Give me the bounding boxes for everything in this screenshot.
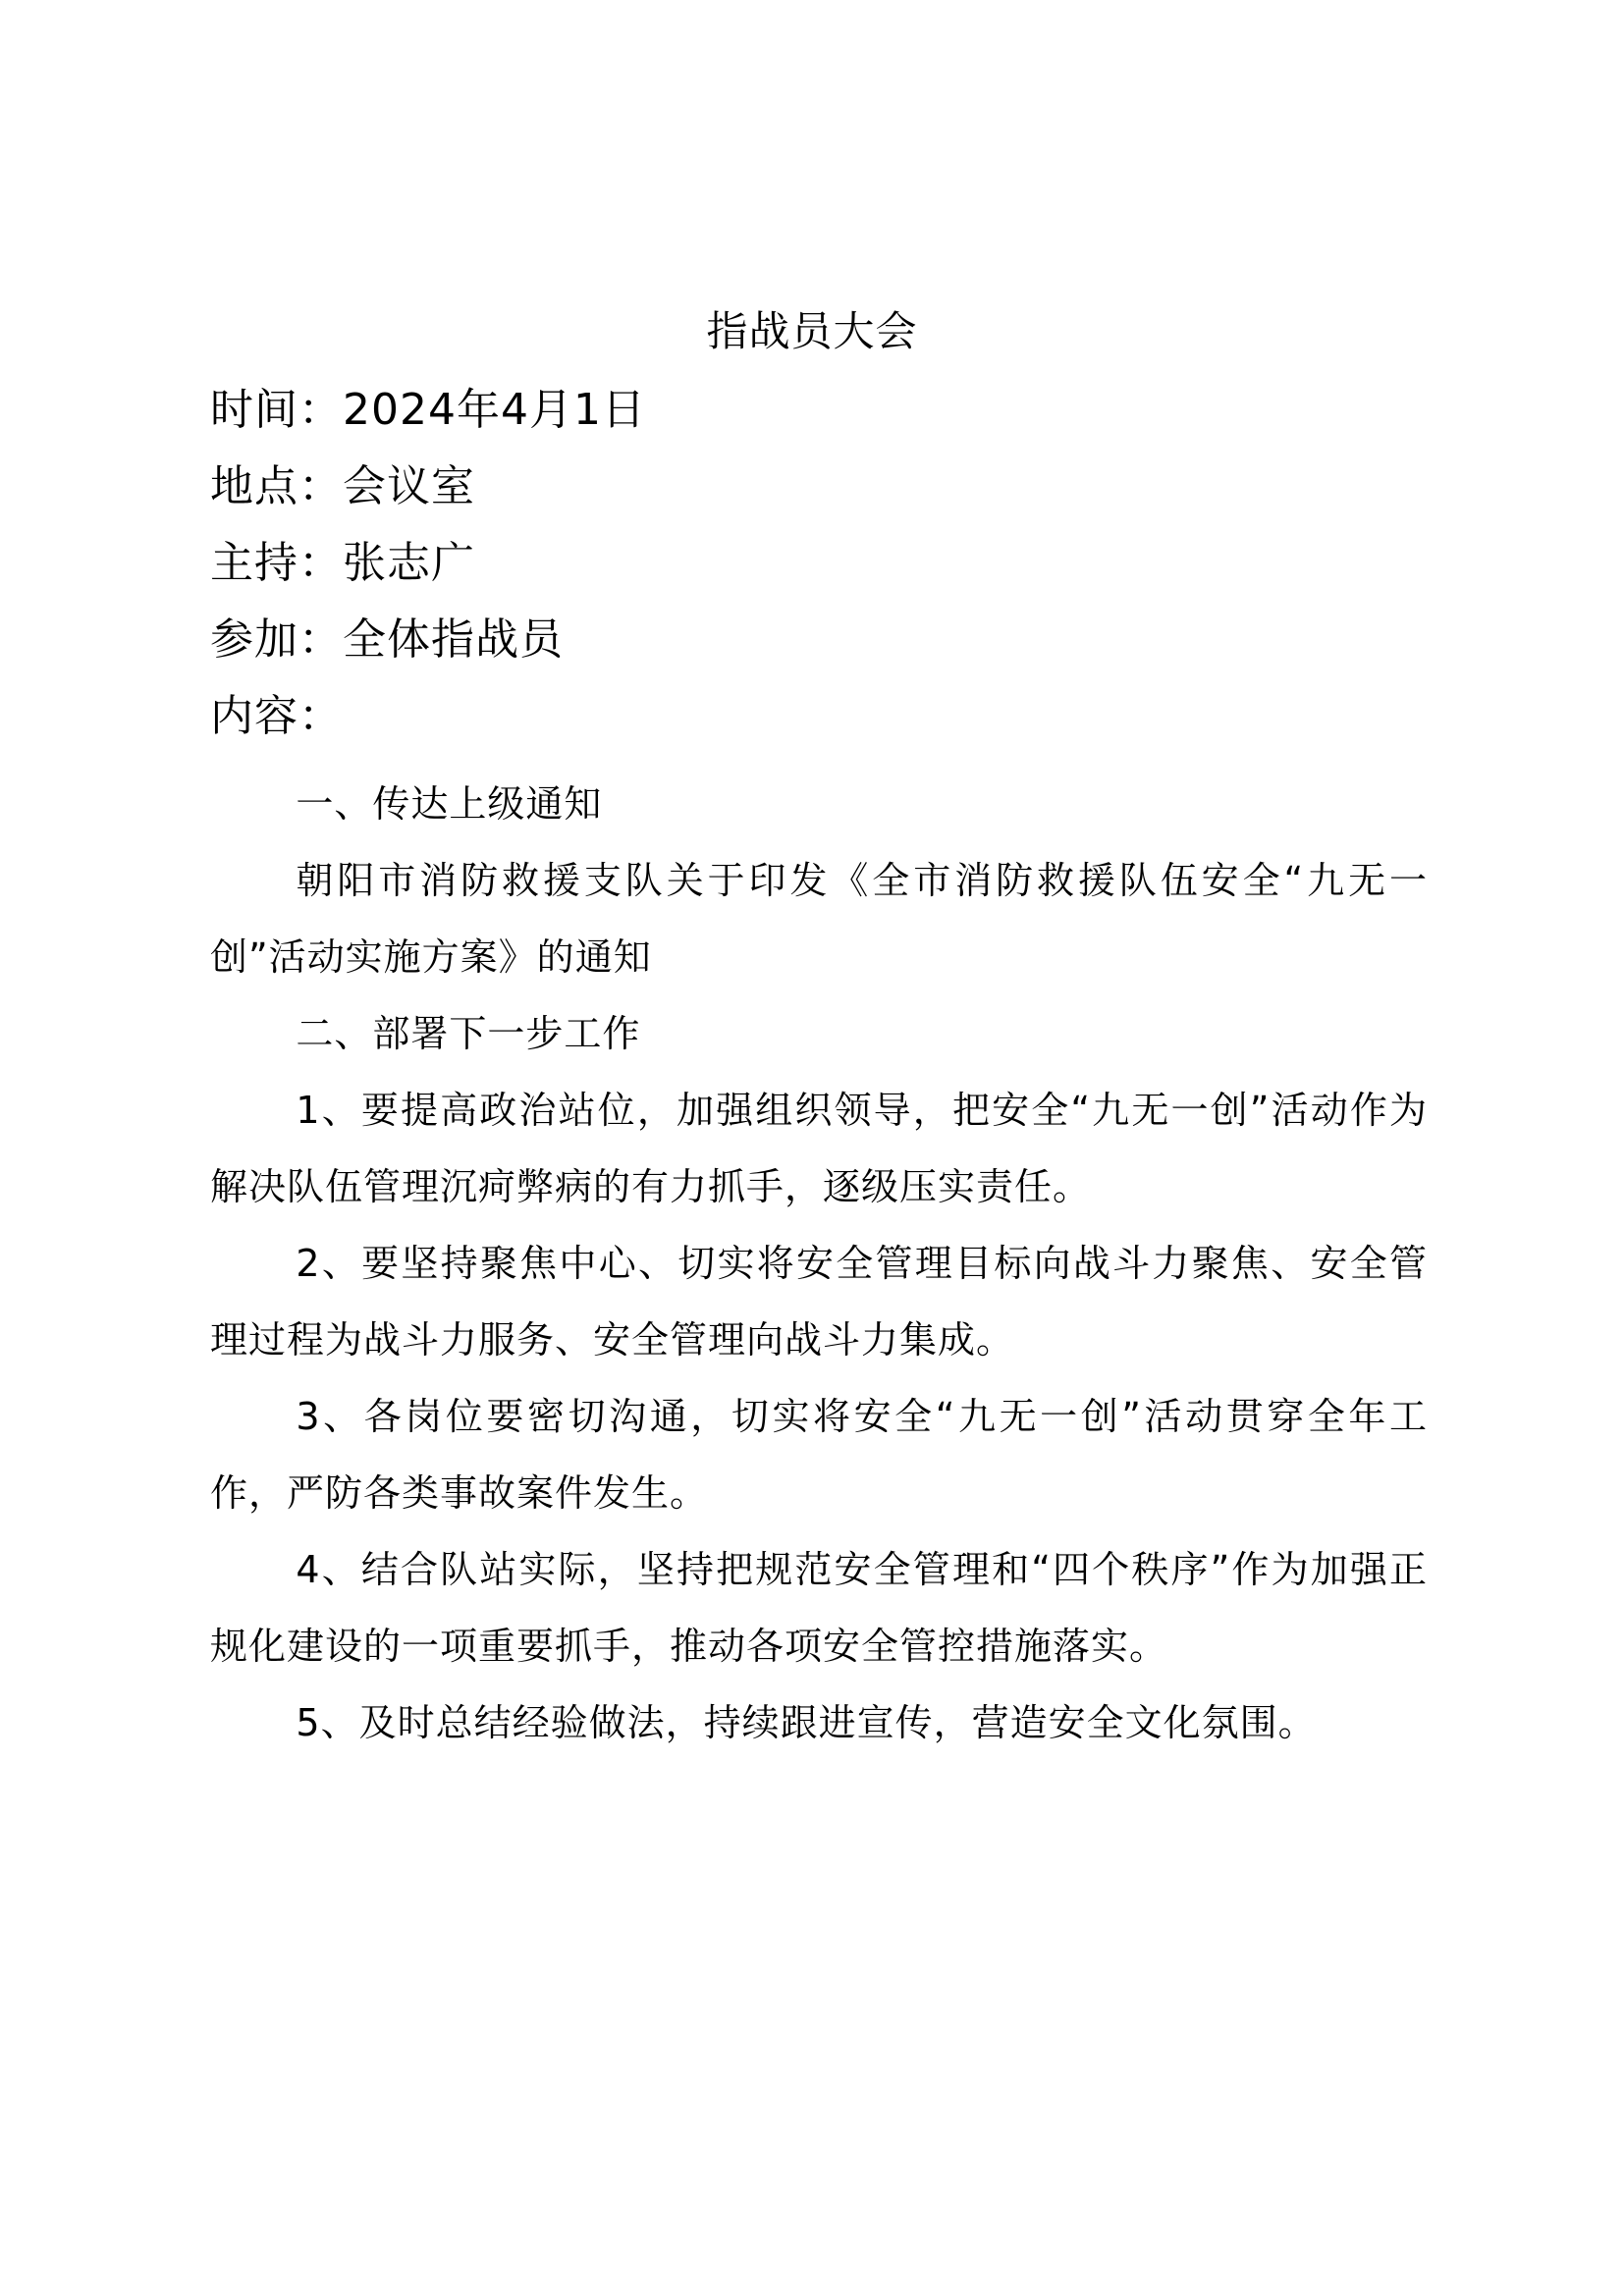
meta-attendees: 参加：全体指战员 — [210, 611, 564, 669]
meta-label: 主持： — [210, 538, 343, 588]
meta-label: 内容： — [210, 691, 343, 741]
list-item: 2、要坚持聚焦中心、切实将安全管理目标向战斗力聚焦、安全管理过程为战斗力服务、安… — [210, 1225, 1428, 1378]
document-body: 一、传达上级通知 朝阳市消防救援支队关于印发《全市消防救援队伍安全“九无一创”活… — [210, 766, 1428, 1761]
paragraph: 朝阳市消防救援支队关于印发《全市消防救援队伍安全“九无一创”活动实施方案》的通知 — [210, 842, 1428, 995]
meta-label: 地点： — [210, 461, 343, 511]
document-page: 指战员大会 时间：2024年4月1日 地点：会议室 主持：张志广 参加：全体指战… — [0, 0, 1624, 2296]
list-item: 1、要提高政治站位，加强组织领导，把安全“九无一创”活动作为解决队伍管理沉疴弊病… — [210, 1072, 1428, 1225]
section-heading: 一、传达上级通知 — [210, 766, 1428, 842]
list-item: 3、各岗位要密切沟通，切实将安全“九无一创”活动贯穿全年工作，严防各类事故案件发… — [210, 1378, 1428, 1531]
meta-host: 主持：张志广 — [210, 534, 475, 593]
meta-content: 内容： — [210, 687, 343, 746]
meta-value: 2024年4月1日 — [343, 385, 646, 435]
meta-value: 全体指战员 — [343, 614, 564, 665]
list-item: 5、及时总结经验做法，持续跟进宣传，营造安全文化氛围。 — [210, 1684, 1428, 1761]
meta-location: 地点：会议室 — [210, 457, 475, 516]
meta-label: 时间： — [210, 385, 343, 435]
section-heading: 二、部署下一步工作 — [210, 995, 1428, 1072]
meta-value: 张志广 — [343, 538, 475, 588]
meta-value: 会议室 — [343, 461, 475, 511]
document-title: 指战员大会 — [0, 302, 1624, 361]
meta-time: 时间：2024年4月1日 — [210, 381, 646, 440]
list-item: 4、结合队站实际，坚持把规范安全管理和“四个秩序”作为加强正规化建设的一项重要抓… — [210, 1531, 1428, 1684]
meta-label: 参加： — [210, 614, 343, 665]
